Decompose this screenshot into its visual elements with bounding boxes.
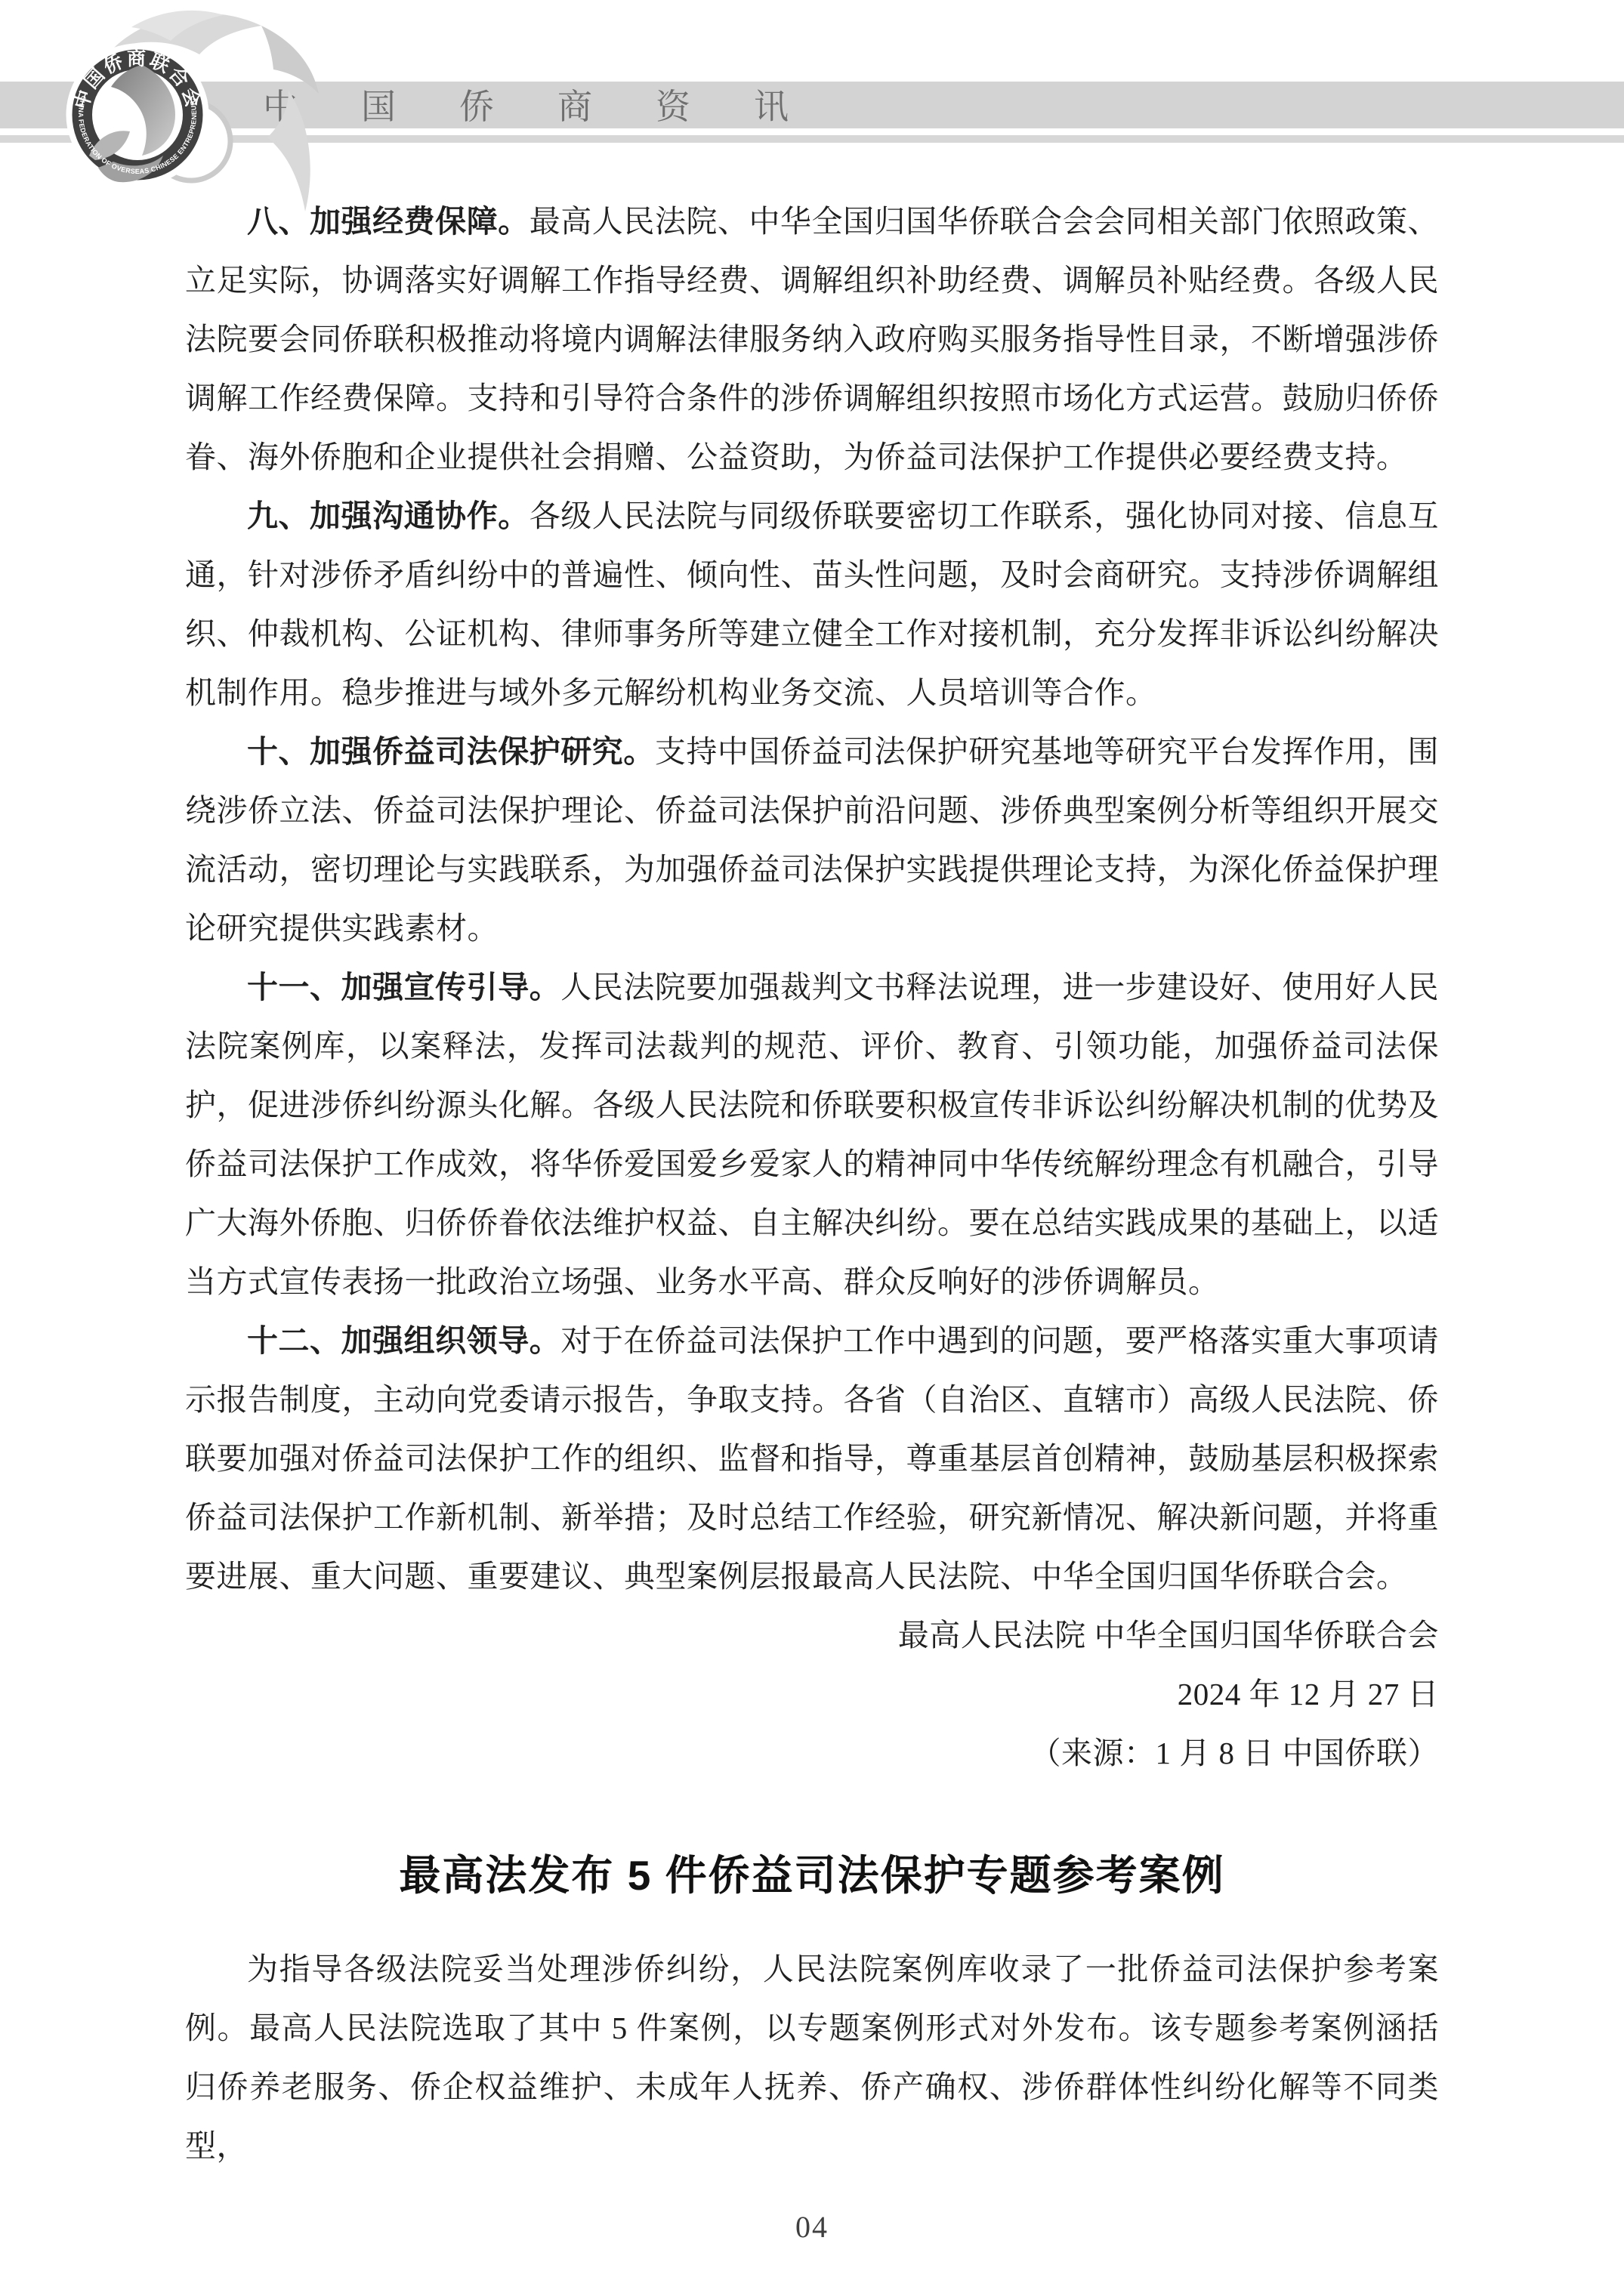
- paragraph-11-text: 人民法院要加强裁判文书释法说理，进一步建设好、使用好人民法院案例库，以案释法，发…: [185, 970, 1439, 1299]
- article-body: 八、加强经费保障。最高人民法院、中华全国归国华侨联合会会同相关部门依照政策、立足…: [185, 192, 1439, 2175]
- paragraph-intro: 为指导各级法院妥当处理涉侨纠纷，人民法院案例库收录了一批侨益司法保护参考案例。最…: [185, 1940, 1439, 2175]
- paragraph-10: 十、加强侨益司法保护研究。支持中国侨益司法保护研究基地等研究平台发挥作用，围绕涉…: [185, 722, 1439, 958]
- signature-line: 最高人民法院 中华全国归国华侨联合会: [185, 1606, 1439, 1665]
- section-title: 最高法发布 5 件侨益司法保护专题参考案例: [185, 1849, 1439, 1902]
- paragraph-12-lead: 十二、加强组织领导。: [247, 1323, 560, 1358]
- paragraph-11: 十一、加强宣传引导。人民法院要加强裁判文书释法说理，进一步建设好、使用好人民法院…: [185, 958, 1439, 1311]
- paragraph-9-lead: 九、加强沟通协作。: [247, 498, 529, 533]
- date-line: 2024 年 12 月 27 日: [185, 1665, 1439, 1724]
- paragraph-8: 八、加强经费保障。最高人民法院、中华全国归国华侨联合会会同相关部门依照政策、立足…: [185, 192, 1439, 486]
- paragraph-8-text: 最高人民法院、中华全国归国华侨联合会会同相关部门依照政策、立足实际，协调落实好调…: [185, 204, 1439, 474]
- paragraph-8-lead: 八、加强经费保障。: [247, 204, 529, 239]
- paragraph-10-lead: 十、加强侨益司法保护研究。: [247, 734, 655, 769]
- page-number: 04: [0, 2209, 1624, 2245]
- paragraph-11-lead: 十一、加强宣传引导。: [247, 970, 560, 1005]
- paragraph-12-text: 对于在侨益司法保护工作中遇到的问题，要严格落实重大事项请示报告制度，主动向党委请…: [185, 1323, 1439, 1594]
- paragraph-12: 十二、加强组织领导。对于在侨益司法保护工作中遇到的问题，要严格落实重大事项请示报…: [185, 1311, 1439, 1606]
- paragraph-intro-text: 为指导各级法院妥当处理涉侨纠纷，人民法院案例库收录了一批侨益司法保护参考案例。最…: [185, 1952, 1439, 2163]
- source-line: （来源：1 月 8 日 中国侨联）: [185, 1724, 1439, 1782]
- paragraph-9: 九、加强沟通协作。各级人民法院与同级侨联要密切工作联系，强化协同对接、信息互通，…: [185, 486, 1439, 722]
